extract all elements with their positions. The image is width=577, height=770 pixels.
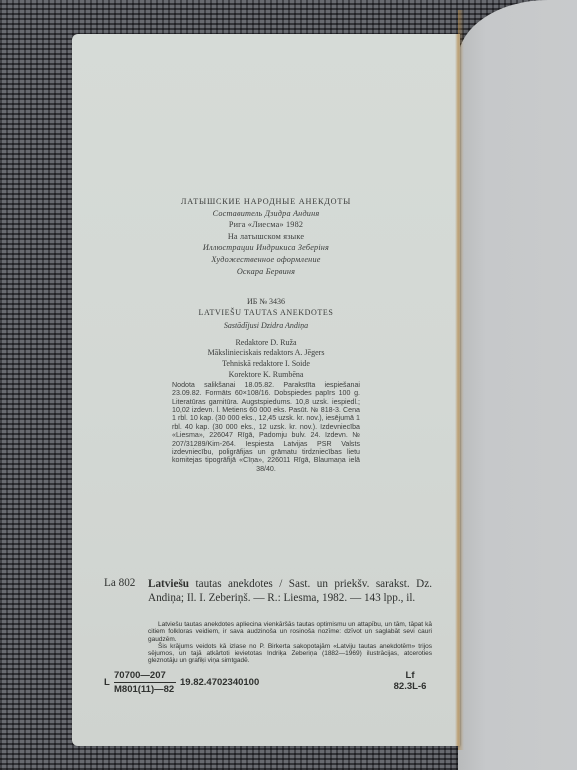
lbk-line1: Lf (385, 670, 435, 681)
ru-language: На латышском языке (172, 231, 360, 243)
entry-rest: tautas anekdotes / Sast. un priekšv. sar… (148, 578, 432, 604)
shelf-mark: La 802 (104, 577, 135, 589)
ru-title: ЛАТЫШСКИЕ НАРОДНЫЕ АНЕКДОТЫ (172, 196, 360, 208)
lv-title: LATVIEŠU TAUTAS ANEKDOTES (172, 308, 360, 319)
facing-page (458, 0, 577, 770)
ru-compiler: Составитель Дзидра Андиня (172, 208, 360, 220)
lbk-index: Lf 82.3L-6 (385, 670, 435, 692)
code-tail: 19.82.4702340100 (180, 677, 259, 688)
ru-illustrations: Иллюстрации Индрикиса Зеберiня (172, 242, 360, 254)
code-numerator: 70700—207 (114, 670, 176, 683)
editor-line: Mākslinieciskais redaktors A. Jēgers (172, 348, 360, 359)
ru-design-line2: Оскара Бервиня (172, 266, 360, 278)
code-denominator: M801(11)—82 (114, 683, 176, 695)
ru-design-line1: Художественное оформление (172, 254, 360, 266)
lv-compiler: Sastādījusi Dzidra Andiņa (172, 321, 360, 332)
editor-line: Korektore K. Rumbēna (172, 370, 360, 381)
lbk-line2: 82.3L-6 (385, 681, 435, 692)
book-page: ЛАТЫШСКИЕ НАРОДНЫЕ АНЕКДОТЫ Составитель … (72, 34, 460, 746)
print-details: Nodota salikšanai 18.05.82. Parakstīta i… (172, 381, 360, 473)
entry-title-bold: Latviešu (148, 578, 189, 590)
annotation: Latviešu tautas anekdotes apliecina vien… (148, 621, 432, 665)
code-prefix: L (104, 677, 110, 688)
annotation-paragraph: Šis krājums veidots kā izlase no P. Birk… (148, 643, 432, 665)
ru-publisher: Рига «Лиесма» 1982 (172, 219, 360, 231)
ib-number: ИБ № 3436 (172, 297, 360, 308)
editor-line: Redaktore D. Ruža (172, 338, 360, 349)
bibliographic-entry: Latviešu tautas anekdotes / Sast. un pri… (148, 577, 432, 605)
editor-line: Tehniskā redaktore I. Soide (172, 359, 360, 370)
colophon: ЛАТЫШСКИЕ НАРОДНЫЕ АНЕКДОТЫ Составитель … (172, 196, 360, 473)
page-fore-edge (455, 34, 460, 746)
annotation-paragraph: Latviešu tautas anekdotes apliecina vien… (148, 621, 432, 643)
code-fraction: 70700—207 M801(11)—82 (114, 670, 176, 695)
